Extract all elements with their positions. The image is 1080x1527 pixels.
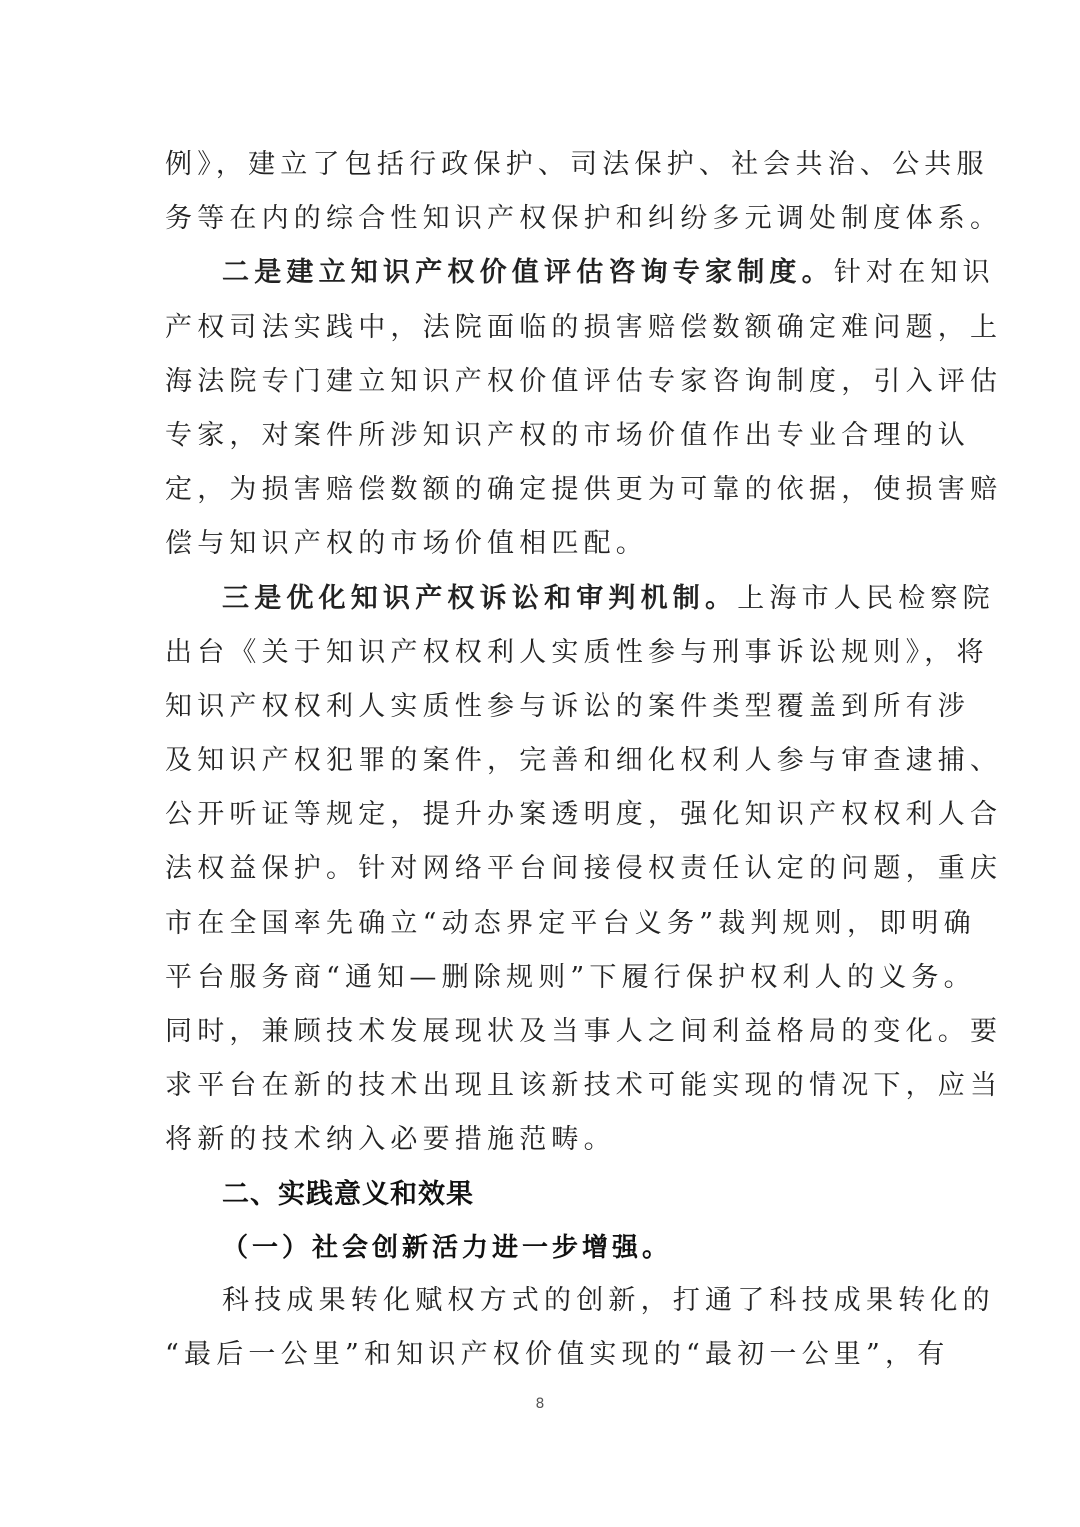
text-line: 二是建立知识产权价值评估咨询专家制度。针对在知识: [165, 246, 917, 300]
text-span: 针对在知识: [834, 257, 995, 288]
text-line: 例》，建立了包括行政保护、司法保护、社会共治、公共服: [165, 138, 917, 192]
text-span: 上海市人民检察院: [737, 583, 995, 614]
text-line: 将新的技术纳入必要措施范畴。: [165, 1113, 917, 1167]
section-heading: 二、实践意义和效果: [165, 1168, 917, 1222]
text-line: 海法院专门建立知识产权价值评估专家咨询制度，引入评估: [165, 355, 917, 409]
text-line: 公开听证等规定，提升办案透明度，强化知识产权权利人合: [165, 788, 917, 842]
paragraph-lead-bold: 三是优化知识产权诉讼和审判机制。: [222, 583, 737, 614]
text-line: “最后一公里”和知识产权价值实现的“最初一公里”，有: [165, 1328, 917, 1382]
text-line: 同时，兼顾技术发展现状及当事人之间利益格局的变化。要: [165, 1005, 917, 1059]
text-line: 定，为损害赔偿数额的确定提供更为可靠的依据，使损害赔: [165, 463, 917, 517]
text-line: 科技成果转化赋权方式的创新，打通了科技成果转化的: [165, 1274, 917, 1328]
paragraph-lead-bold: 二是建立知识产权价值评估咨询专家制度。: [222, 257, 834, 288]
text-line: 及知识产权犯罪的案件，完善和细化权利人参与审查逮捕、: [165, 734, 917, 788]
text-line: 法权益保护。针对网络平台间接侵权责任认定的问题，重庆: [165, 842, 917, 896]
subsection-heading: （一）社会创新活力进一步增强。: [165, 1222, 917, 1274]
document-page: 例》，建立了包括行政保护、司法保护、社会共治、公共服 务等在内的综合性知识产权保…: [165, 138, 917, 1382]
text-line: 求平台在新的技术出现且该新技术可能实现的情况下，应当: [165, 1059, 917, 1113]
text-line: 知识产权权利人实质性参与诉讼的案件类型覆盖到所有涉: [165, 680, 917, 734]
text-line: 务等在内的综合性知识产权保护和纠纷多元调处制度体系。: [165, 192, 917, 246]
text-line: 出台《关于知识产权权利人实质性参与刑事诉讼规则》，将: [165, 626, 917, 680]
text-line: 平台服务商“通知—删除规则”下履行保护权利人的义务。: [165, 951, 917, 1005]
text-line: 偿与知识产权的市场价值相匹配。: [165, 517, 917, 571]
text-line: 专家，对案件所涉知识产权的市场价值作出专业合理的认: [165, 409, 917, 463]
text-line: 产权司法实践中，法院面临的损害赔偿数额确定难问题，上: [165, 301, 917, 355]
text-line: 三是优化知识产权诉讼和审判机制。上海市人民检察院: [165, 572, 917, 626]
text-line: 市在全国率先确立“动态界定平台义务”裁判规则，即明确: [165, 897, 917, 951]
page-number: 8: [0, 1396, 1080, 1412]
